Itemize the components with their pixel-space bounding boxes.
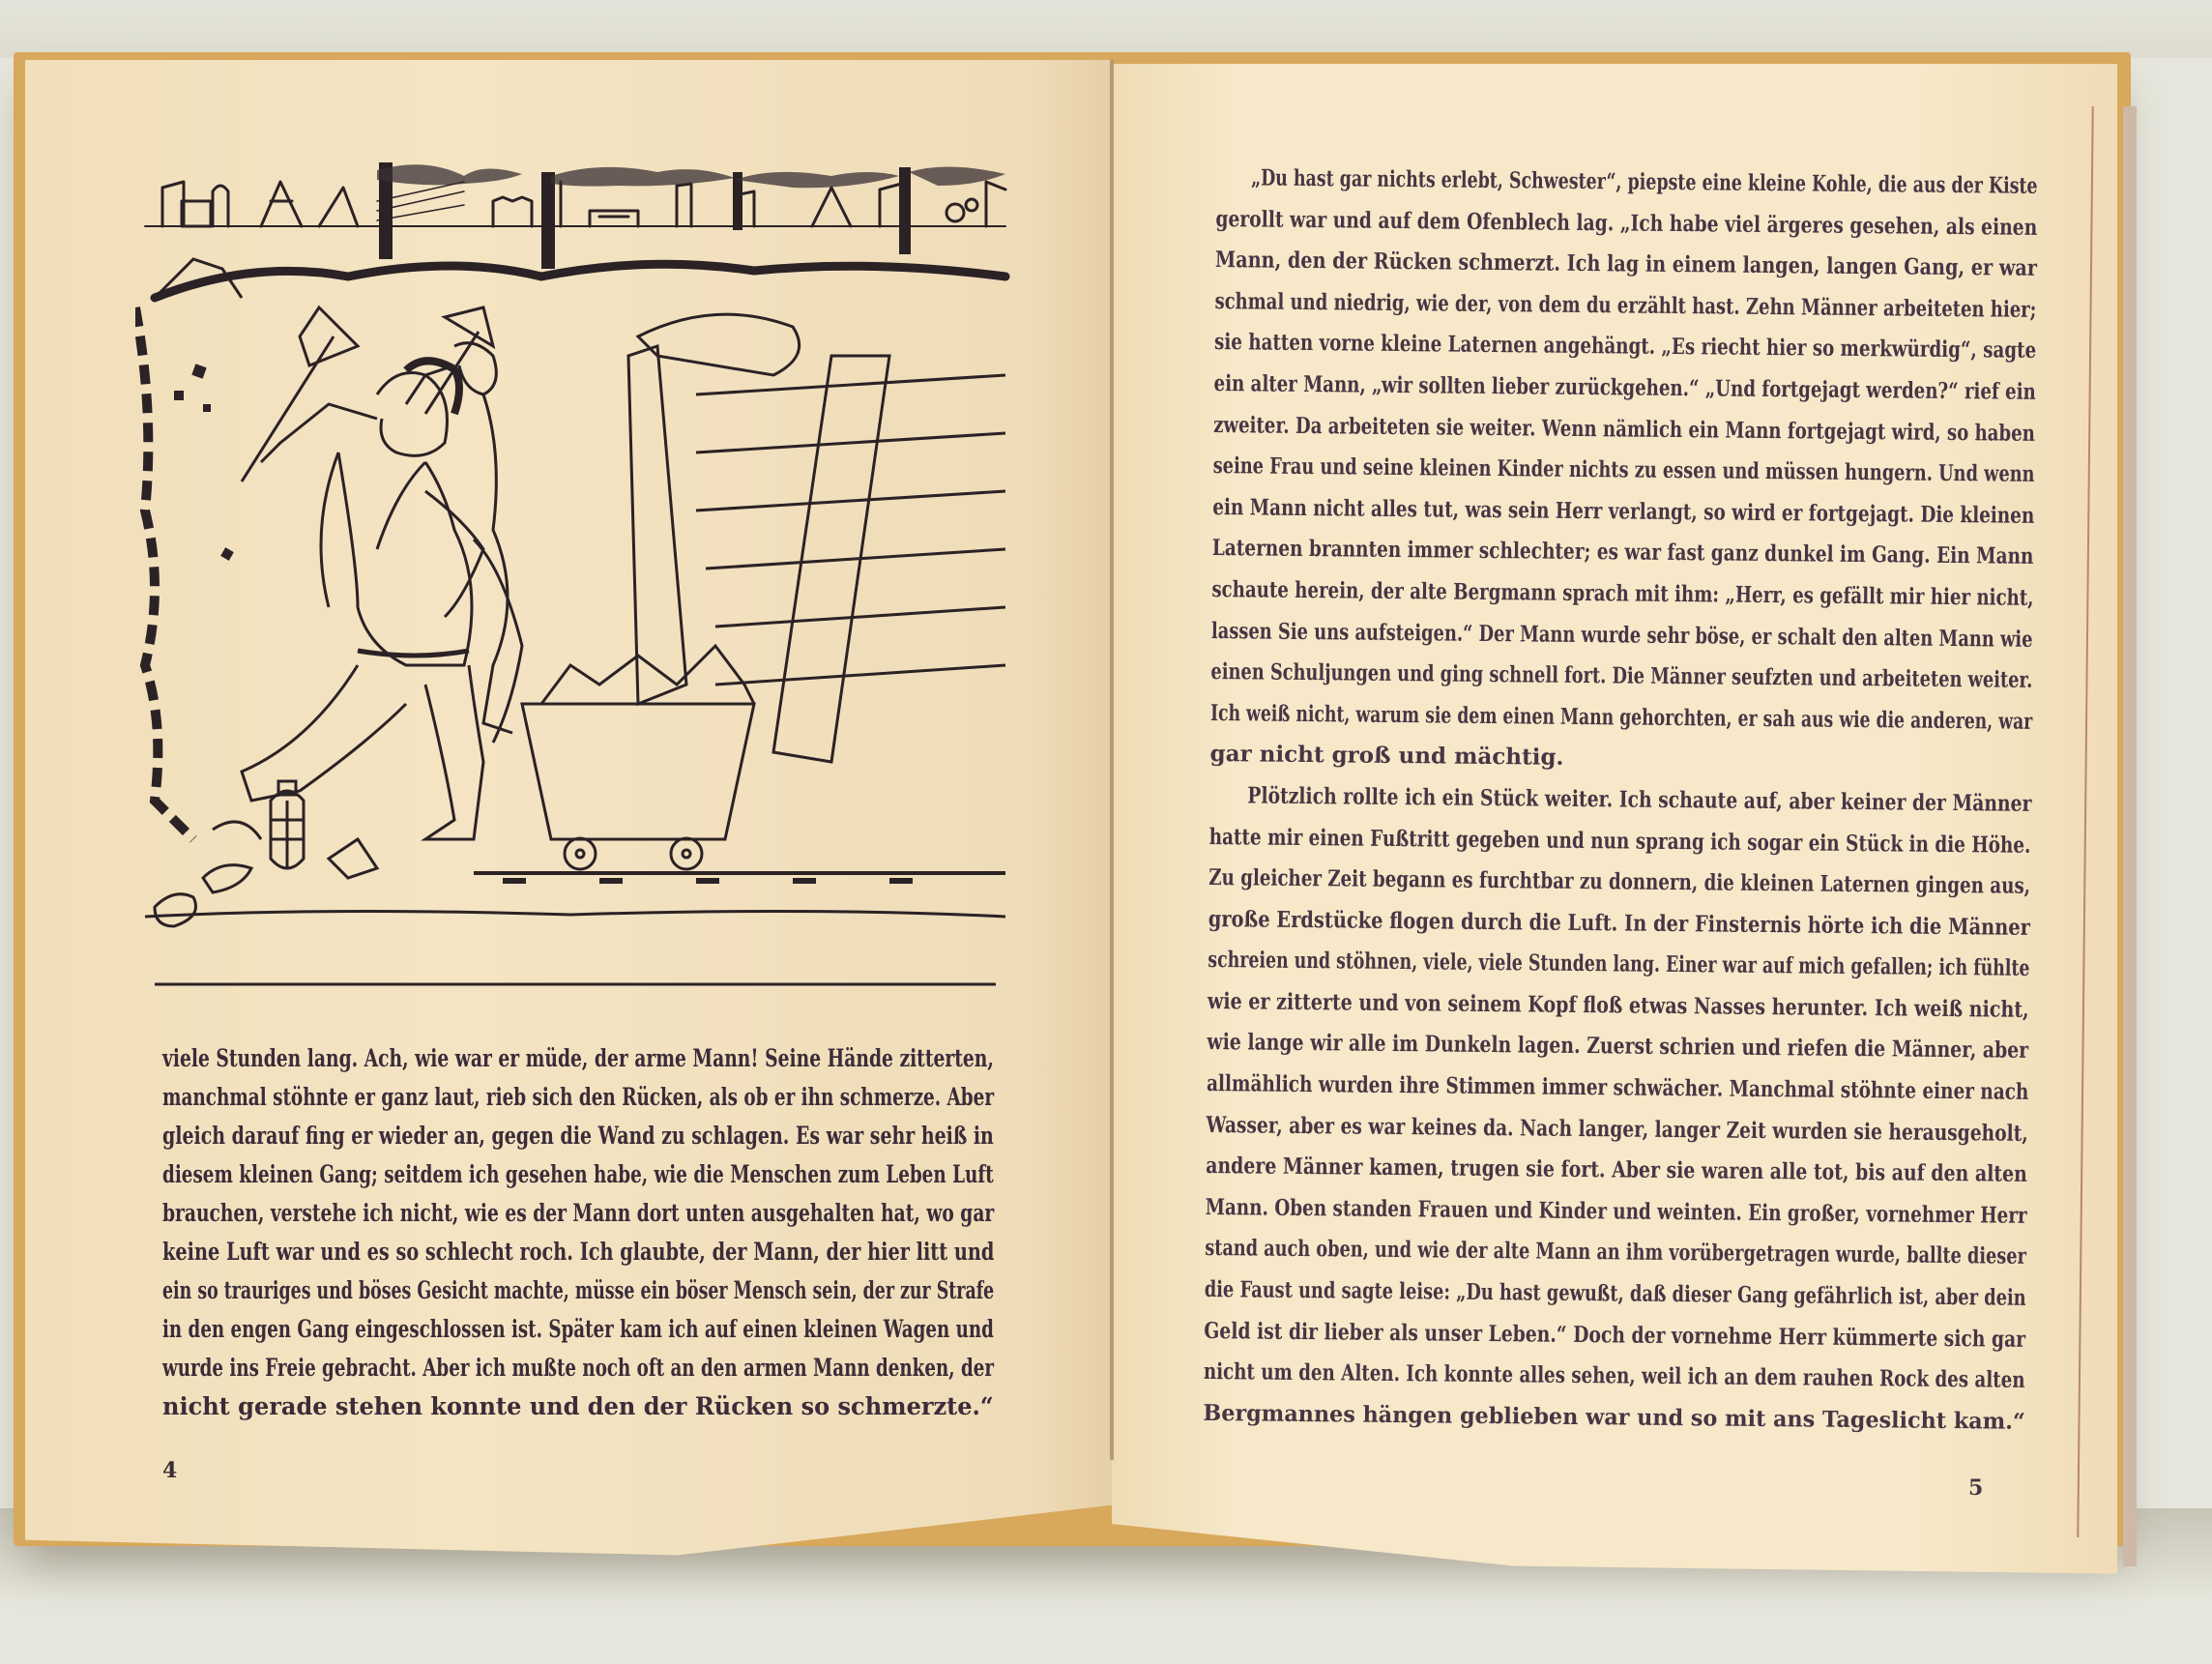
right-page-body: „Du hast gar nichts erlebt, Schwester“, … [1203, 164, 2038, 1449]
text-line: gleich darauf fing er wieder an, gegen d… [162, 1122, 994, 1160]
text-line: Bergmannes hängen geblieben war und so m… [1203, 1400, 2024, 1449]
text-line: wurde ins Freie gebracht. Aber ich mußte… [162, 1354, 994, 1392]
page-number-left: 4 [162, 1458, 177, 1483]
book-gutter [1110, 60, 1114, 1460]
text-line: diesem kleinen Gang; seitdem ich gesehen… [162, 1160, 994, 1199]
text-line: keine Luft war und es so schlecht roch. … [162, 1238, 994, 1276]
page-number-right: 5 [1968, 1475, 1983, 1501]
page-stack-edge [2123, 106, 2137, 1566]
text-line: manchmal stöhnte er ganz laut, rieb sich… [162, 1083, 994, 1122]
text-line: viele Stunden lang. Ach, wie war er müde… [162, 1044, 994, 1083]
left-page-body: viele Stunden lang. Ach, wie war er müde… [162, 1044, 994, 1431]
text-line: ein so trauriges und böses Gesicht macht… [162, 1276, 994, 1315]
text-line: nicht gerade stehen konnte und den der R… [162, 1392, 994, 1431]
background-wall [0, 0, 2212, 58]
mine-illustration [135, 162, 1025, 1013]
text-line: in den engen Gang eingeschlossen ist. Sp… [162, 1315, 994, 1354]
text-line: brauchen, verstehe ich nicht, wie es der… [162, 1199, 994, 1238]
